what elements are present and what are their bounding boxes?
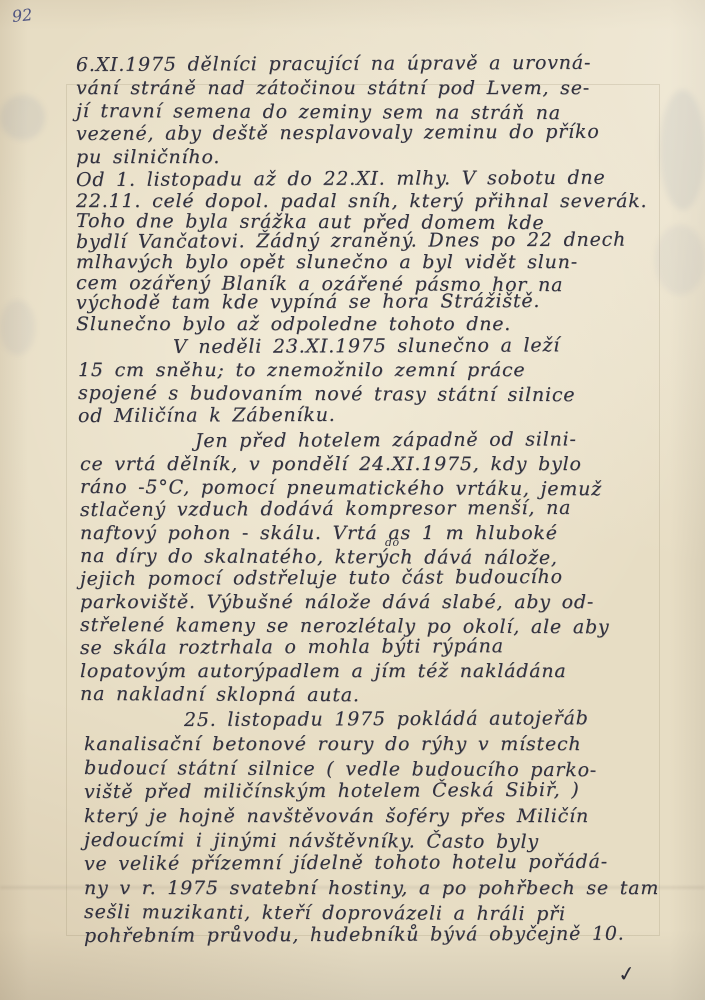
handwritten-line: mlhavých bylo opět slunečno a byl vidět …	[76, 252, 647, 273]
handwritten-line: naftový pohon - skálu. Vrtá as 1 m hlubo…	[80, 522, 609, 545]
handwritten-line: vání stráně nad zátočinou státní pod Lve…	[76, 77, 600, 100]
handwritten-line: 15 cm sněhu; to znemožnilo zemní práce	[78, 359, 575, 382]
handwritten-line: jejich pomocí odstřeluje tuto část budou…	[80, 566, 610, 591]
paragraph-2: Od 1. listopadu až do 22.XI. mlhy. V sob…	[76, 170, 647, 334]
paragraph-4: Jen před hotelem západně od silni- ce vr…	[80, 430, 609, 706]
chronicle-page: 92 6.XI.1975 dělníci pracující na úpravě…	[0, 0, 705, 1000]
handwritten-line: na nakladní sklopná auta.	[80, 683, 610, 708]
interline-insertion: do	[385, 536, 400, 549]
handwritten-line: lopatovým autorýpadlem a jím též nakládá…	[80, 660, 609, 683]
handwritten-line: se skála roztrhala o mohla býti rýpána	[80, 635, 610, 660]
handwritten-line: pohřebním průvodu, hudebníků bývá obyčej…	[84, 921, 659, 948]
paper-stain	[0, 95, 45, 140]
paper-stain	[660, 90, 705, 210]
checkmark-icon: ✓	[616, 961, 637, 987]
handwritten-line: Slunečno bylo až odpoledne tohoto dne.	[76, 314, 647, 335]
handwritten-line: Od 1. listopadu až do 22.XI. mlhy. V sob…	[76, 168, 647, 191]
paper-stain	[0, 300, 35, 355]
handwritten-line: V neděli 23.XI.1975 slunečno a leží	[173, 334, 575, 359]
paragraph-5: 25. listopadu 1975 pokládá autojeřáb kan…	[84, 708, 659, 948]
handwritten-line: ve veliké přízemní jídelně tohoto hotelu…	[84, 849, 659, 876]
handwritten-line: pu silničního.	[76, 146, 600, 169]
handwritten-line: ny v r. 1975 svatební hostiny, a po pohř…	[84, 876, 659, 900]
handwritten-line: ce vrtá dělník, v pondělí 24.XI.1975, kd…	[80, 453, 609, 476]
handwritten-line: kanalisační betonové roury do rýhy v mís…	[84, 732, 659, 756]
handwritten-line: vezené, aby deště nesplavovaly zeminu do…	[76, 121, 600, 146]
handwritten-line: 22.11. celé dopol. padal sníh, který při…	[76, 191, 647, 212]
handwritten-line: 6.XI.1975 dělníci pracující na úpravě a …	[76, 52, 600, 77]
handwritten-line: východě tam kde vypíná se hora Strážiště…	[76, 291, 647, 314]
handwritten-line: od Miličína k Zábeníku.	[78, 403, 575, 428]
page-number: 92	[11, 5, 33, 26]
handwritten-line: stlačený vzduch dodává kompresor menší, …	[80, 497, 610, 522]
handwritten-line: Jen před hotelem západně od silni-	[195, 428, 610, 453]
handwritten-line: 25. listopadu 1975 pokládá autojeřáb	[184, 706, 659, 732]
handwritten-line: bydlí Vančatovi. Žádný zraněný. Dnes po …	[76, 229, 647, 252]
paper-stain	[655, 225, 705, 295]
paragraph-3: V neděli 23.XI.1975 slunečno a leží 15 c…	[78, 336, 575, 428]
paragraph-1: 6.XI.1975 dělníci pracující na úpravě a …	[76, 54, 600, 169]
handwritten-line: viště před miličínským hotelem Česká Sib…	[84, 777, 659, 804]
handwritten-line: parkoviště. Výbušné nálože dává slabé, a…	[80, 591, 609, 614]
handwritten-line: který je hojně navštěvován šoféry přes M…	[84, 804, 659, 828]
